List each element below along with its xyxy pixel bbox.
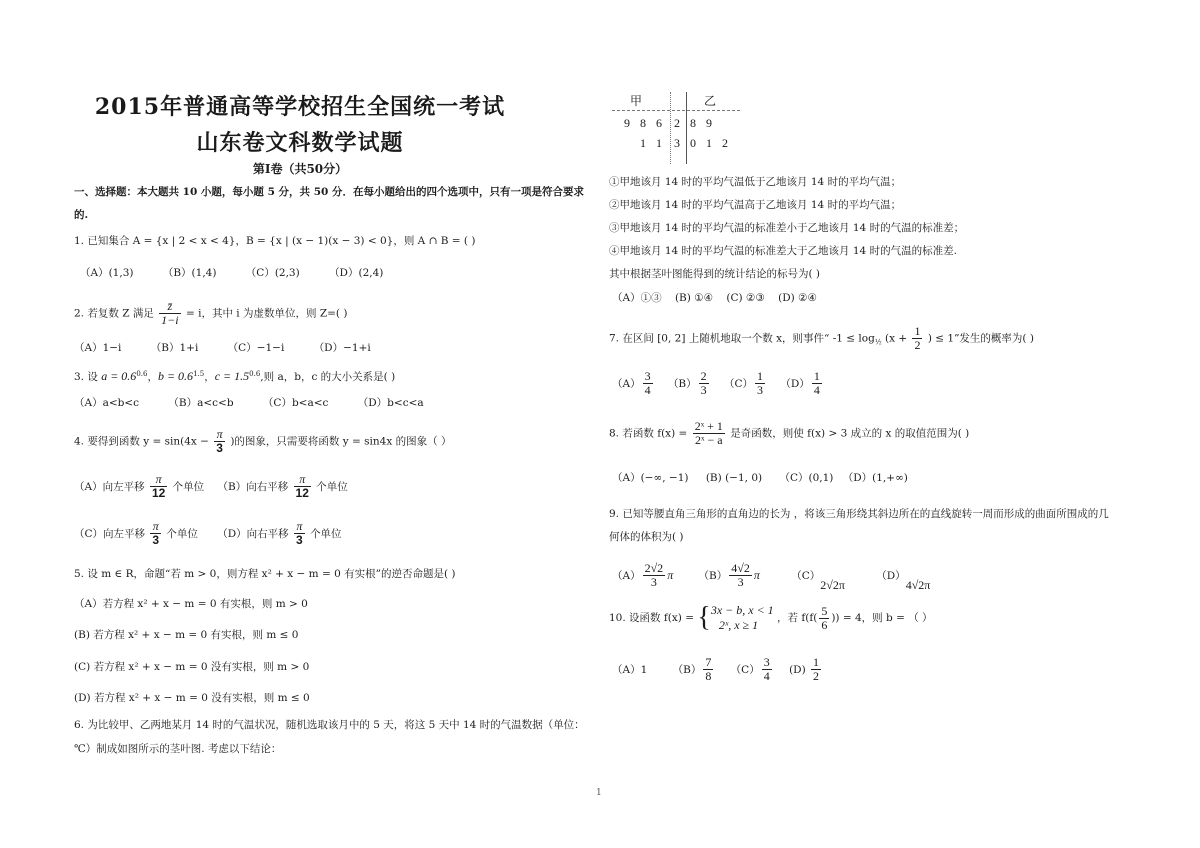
q3-option-a[interactable]: （A）a<b<c [74, 396, 139, 410]
stem-leaf-header-jia: 甲 [630, 92, 642, 109]
piecewise-cases: 3x − b, x < 12ˣ, x ≥ 1 [711, 603, 774, 633]
question-2-options: （A）1−i （B）1+i （C）−1−i （D）−1+i [74, 341, 397, 355]
question-5-stem: 5. 设 m ∈ R，命题“若 m > 0，则方程 x² + x − m = 0… [74, 567, 456, 581]
page-number: 1 [596, 788, 602, 798]
q6-option-a[interactable]: （A）①③ [612, 292, 662, 304]
q7-option-a[interactable]: （A）34 [612, 378, 655, 390]
question-8-stem: 8. 若函数 f(x) = 2ˣ + 12ˣ − a 是奇函数，则使 f(x) … [609, 420, 969, 447]
q2-option-b[interactable]: （B）1+i [151, 341, 199, 355]
q9-option-b[interactable]: （B）4√23π [699, 570, 760, 582]
q5-option-d[interactable]: (D) 若方程 x² + x − m = 0 没有实根，则 m ≤ 0 [74, 691, 310, 705]
q7-option-c[interactable]: （C）13 [724, 378, 767, 390]
q10-option-a[interactable]: （A）1 [612, 664, 647, 676]
q8-option-c[interactable]: （C）(0,1) [779, 472, 833, 484]
q3-option-c[interactable]: （C）b<a<c [263, 396, 329, 410]
stem-leaf-divider-right [686, 92, 687, 164]
q3-option-d[interactable]: （D）b<c<a [358, 396, 424, 410]
q4-option-d[interactable]: （D）向右平移 π3 个单位 [217, 528, 341, 540]
q1-option-b[interactable]: （B）(1,4) [163, 266, 217, 280]
q6-conclusion-4: ④甲地该月 14 时的平均气温的标准差大于乙地该月 14 时的气温的标准差. [609, 244, 957, 258]
q7-option-b[interactable]: （B）23 [668, 378, 711, 390]
section-intro-cont: 的. [74, 208, 88, 222]
q4-fraction: π 3 [214, 428, 225, 455]
stem-leaf-header-rule [612, 110, 740, 111]
q8-option-a[interactable]: （A）(−∞, −1) [612, 472, 688, 484]
q2-option-a[interactable]: （A）1−i [74, 341, 121, 355]
q7-fraction: 12 [912, 325, 922, 352]
question-9-stem-cont: 何体的体积为( ) [609, 530, 684, 544]
q8-fraction: 2ˣ + 12ˣ − a [693, 420, 725, 447]
volume-heading: 第Ⅰ卷（共50分） [0, 160, 600, 177]
q5-option-b[interactable]: (B) 若方程 x² + x − m = 0 有实根，则 m ≤ 0 [74, 628, 298, 642]
q9-option-d[interactable]: （D）4√2π [876, 570, 930, 582]
q1-option-d[interactable]: （D）(2,4) [329, 266, 383, 280]
question-2-stem: 2. 若复数 Z 满足 z̄ 1−i = i，其中 i 为虚数单位，则 Z=( … [74, 300, 347, 327]
question-6-stem: 6. 为比较甲、乙两地某月 14 时的气温状况，随机选取该月中的 5 天，将这 … [74, 718, 585, 732]
q10-option-c[interactable]: （C）34 [731, 664, 774, 676]
q4-option-a[interactable]: （A）向左平移 π12 个单位 [74, 481, 207, 493]
q6-conclusion-3: ③甲地该月 14 时的平均气温的标准差小于乙地该月 14 时的气温的标准差； [609, 221, 964, 235]
q10-option-b[interactable]: （B）78 [673, 664, 716, 676]
q4-option-c[interactable]: （C）向左平移 π3 个单位 [74, 528, 201, 540]
q8-option-d[interactable]: （D）(1,+∞) [843, 472, 908, 484]
q6-question: 其中根据茎叶图能得到的统计结论的标号为( ) [609, 267, 820, 281]
q10-option-d[interactable]: (D) 12 [789, 664, 823, 676]
exam-title: 2015年普通高等学校招生全国统一考试 [0, 90, 600, 121]
q7-option-d[interactable]: （D）14 [780, 378, 823, 390]
question-4-options-row2: （C）向左平移 π3 个单位 （D）向右平移 π3 个单位 [74, 520, 342, 547]
q6-conclusion-2: ②甲地该月 14 时的平均气温高于乙地该月 14 时的平均气温； [609, 198, 901, 212]
question-1-options: （A）(1,3) （B）(1,4) （C）(2,3) （D）(2,4) [80, 266, 409, 280]
q2-option-c[interactable]: （C）−1−i [228, 341, 285, 355]
q3-option-b[interactable]: （B）a<c<b [168, 396, 233, 410]
question-4-options-row1: （A）向左平移 π12 个单位 （B）向右平移 π12 个单位 [74, 473, 348, 500]
q6-conclusion-1: ①甲地该月 14 时的平均气温低于乙地该月 14 时的平均气温； [609, 175, 901, 189]
q1-option-c[interactable]: （C）(2,3) [246, 266, 300, 280]
q9-option-a[interactable]: （A）2√23π [612, 570, 673, 582]
piecewise-brace: { [697, 604, 710, 632]
question-10-stem: 10. 设函数 f(x) = {3x − b, x < 12ˣ, x ≥ 1 ，… [609, 603, 933, 633]
q2-fraction: z̄ 1−i [159, 300, 180, 327]
q9-option-c[interactable]: （C）2√2π [791, 570, 845, 582]
q6-option-d[interactable]: (D) ②④ [778, 292, 817, 304]
question-3-stem: 3. 设 a = 0.60.6，b = 0.61.5，c = 1.50.6,则 … [74, 369, 395, 384]
q6-option-c[interactable]: (C) ②③ [726, 292, 764, 304]
stem-value: 3 [674, 136, 680, 151]
question-1-stem: 1. 已知集合 A = {x | 2 < x < 4}，B = {x | (x … [74, 234, 475, 248]
question-6-stem-cont: ℃）制成如图所示的茎叶图. 考虑以下结论： [74, 742, 281, 756]
question-7-stem: 7. 在区间 [0, 2] 上随机地取一个数 x，则事件“ -1 ≤ log½ … [609, 325, 1034, 352]
question-6-options: （A）①③ (B) ①④ (C) ②③ (D) ②④ [612, 291, 817, 305]
stem-leaf-plot: 甲 乙 9 8 6 2 8 9 1 1 3 0 1 2 [612, 88, 742, 170]
stem-leaf-header-yi: 乙 [704, 92, 716, 109]
q2-option-d[interactable]: （D）−1+i [314, 341, 371, 355]
question-9-options: （A）2√23π （B）4√23π （C）2√2π （D）4√2π [612, 562, 930, 589]
q1-option-a[interactable]: （A）(1,3) [80, 266, 133, 280]
question-8-options: （A）(−∞, −1) (B) (−1, 0) （C）(0,1) （D）(1,+… [612, 471, 908, 485]
question-7-options: （A）34 （B）23 （C）13 （D）14 [612, 370, 824, 397]
section-intro: 一、选择题：本大题共 10 小题，每小题 5 分，共 50 分．在每小题给出的四… [74, 185, 584, 199]
question-9-stem: 9. 已知等腰直角三角形的直角边的长为 ，将该三角形绕其斜边所在的直线旋转一周而… [609, 507, 1109, 521]
q5-option-c[interactable]: (C) 若方程 x² + x − m = 0 没有实根，则 m > 0 [74, 660, 309, 674]
question-4-stem: 4. 要得到函数 y = sin(4x − π 3 )的图象，只需要将函数 y … [74, 428, 451, 455]
question-3-options: （A）a<b<c （B）a<c<b （C）b<a<c （D）b<c<a [74, 396, 450, 410]
question-10-options: （A）1 （B）78 （C）34 (D) 12 [612, 656, 823, 683]
q4-option-b[interactable]: （B）向右平移 π12 个单位 [217, 481, 347, 493]
stem-leaf-divider-left [670, 92, 671, 164]
exam-subtitle: 山东卷文科数学试题 [0, 126, 600, 157]
q2-suffix: = i，其中 i 为虚数单位，则 Z=( ) [186, 308, 348, 320]
q6-option-b[interactable]: (B) ①④ [675, 292, 713, 304]
q8-option-b[interactable]: (B) (−1, 0) [706, 472, 762, 484]
q5-option-a[interactable]: （A）若方程 x² + x − m = 0 有实根，则 m > 0 [74, 597, 308, 611]
stem-value: 2 [674, 116, 680, 131]
q2-prefix: 2. 若复数 Z 满足 [74, 308, 154, 320]
